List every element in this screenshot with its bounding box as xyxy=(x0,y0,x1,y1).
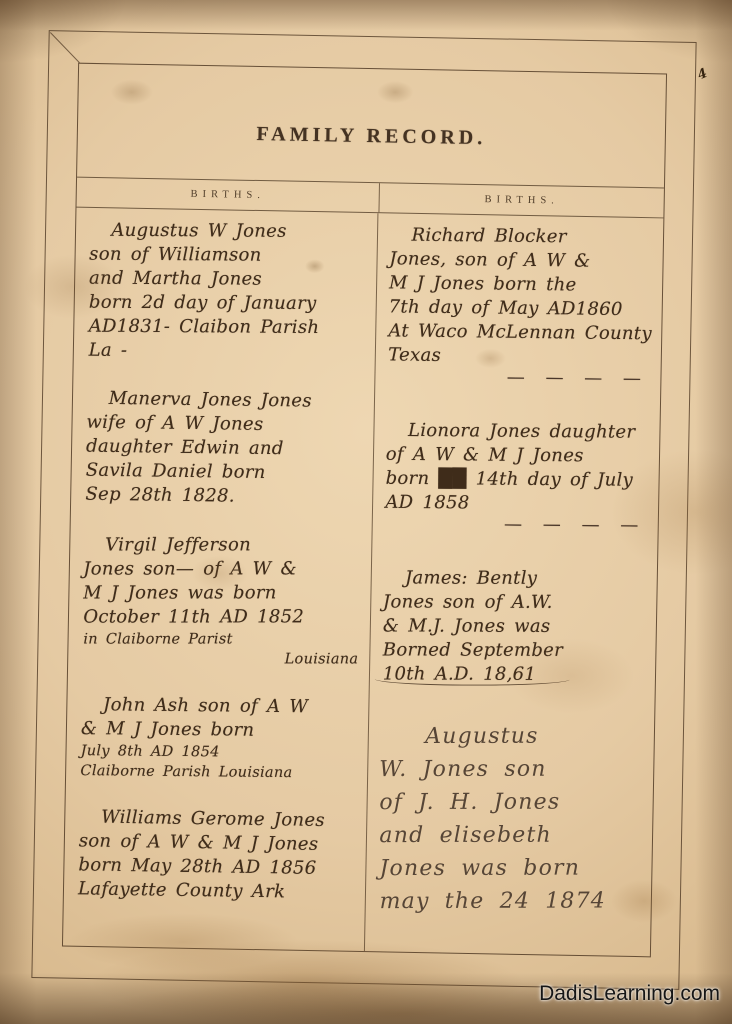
entry-line: W. Jones son xyxy=(379,752,644,786)
corner-ink-mark: 4 xyxy=(695,66,709,83)
entry-line: July 8th AD 1854 xyxy=(81,741,360,764)
entry-line: James: Bently xyxy=(383,566,648,591)
entry-line: son of Williamson xyxy=(89,243,368,269)
entry-line: of A W & M J Jones xyxy=(386,443,651,469)
birth-entry: Manerva Jones Joneswife of A W Jonesdaug… xyxy=(85,387,366,511)
entry-line: John Ash son of A W xyxy=(81,693,360,720)
birth-entry: AugustusW. Jones sonof J. H. Jonesand el… xyxy=(379,719,645,918)
entry-line: M J Jones born the xyxy=(389,271,654,298)
entry-line: Jones son— of A W & xyxy=(83,557,362,581)
entry-line: Claiborne Parish Louisiana xyxy=(80,761,359,784)
births-column-left: Augustus W Jonesson of Williamsonand Mar… xyxy=(63,208,378,951)
entry-line: — — — — xyxy=(388,367,653,388)
entry-line: 7th day of May AD1860 xyxy=(389,295,654,322)
birth-entry: Williams Gerome Jonesson of A W & M J Jo… xyxy=(78,805,358,905)
birth-entry: Richard BlockerJones, son of A W &M J Jo… xyxy=(388,223,655,388)
birth-entry: James: BentlyJones son of A.W.& M.J. Jon… xyxy=(383,566,648,687)
entry-line: M J Jones was born xyxy=(83,581,362,605)
entry-line: 10th A.D. 18,61 xyxy=(383,662,536,686)
entry-line: & M.J. Jones was xyxy=(383,614,648,639)
births-header-left: BIRTHS. xyxy=(77,178,380,213)
entry-line: & M J Jones born xyxy=(81,717,360,744)
entry-line: in Claiborne Parist xyxy=(83,629,362,649)
entry-line: Virgil Jefferson xyxy=(83,533,362,557)
entry-line: born ██ 14th day of July xyxy=(386,467,651,493)
entry-line: Savila Daniel born xyxy=(86,459,365,487)
entry-line: Augustus xyxy=(379,719,644,753)
birth-entry: John Ash son of A W& M J Jones bornJuly … xyxy=(80,693,360,784)
entry-line: and elisebeth xyxy=(379,818,644,852)
entry-line: Lafayette County Ark xyxy=(78,877,357,905)
entry-line: Lionora Jones daughter xyxy=(386,419,651,445)
page-title: FAMILY RECORD. xyxy=(78,120,665,154)
entry-line: October 11th AD 1852 xyxy=(83,605,362,629)
entry-line: — — — — xyxy=(385,515,650,535)
entry-line: of J. H. Jones xyxy=(379,785,644,819)
inner-border: FAMILY RECORD. BIRTHS. BIRTHS. Augustus … xyxy=(62,63,667,958)
entry-line: Borned September xyxy=(383,638,648,663)
entry-line: Sep 28th 1828. xyxy=(85,483,364,511)
entry-line: and Martha Jones xyxy=(89,267,368,293)
outer-border: 4 FAMILY RECORD. BIRTHS. BIRTHS. Augustu… xyxy=(31,30,696,990)
birth-entry: Lionora Jones daughterof A W & M J Jones… xyxy=(385,419,651,535)
births-column-right: Richard BlockerJones, son of A W &M J Jo… xyxy=(365,213,663,956)
entry-line: daughter Edwin and xyxy=(86,435,365,463)
births-header-right: BIRTHS. xyxy=(379,183,663,217)
entry-line: Manerva Jones Jones xyxy=(87,387,366,415)
entry-line: La - xyxy=(89,339,368,365)
entry-line: may the 24 1874 xyxy=(380,884,645,918)
corner-join-line xyxy=(50,32,80,63)
watermark: DadisLearning.com xyxy=(539,982,720,1006)
entry-line: At Waco McLennan County xyxy=(388,319,653,346)
entry-line: wife of A W Jones xyxy=(86,411,365,439)
entry-line: Richard Blocker xyxy=(389,223,654,250)
birth-entry: Augustus W Jonesson of Williamsonand Mar… xyxy=(89,219,369,365)
entry-line: Augustus W Jones xyxy=(89,219,368,245)
entry-line: born 2d day of January xyxy=(89,291,368,317)
record-columns: Augustus W Jonesson of Williamsonand Mar… xyxy=(63,208,663,957)
family-record-photo: 4 FAMILY RECORD. BIRTHS. BIRTHS. Augustu… xyxy=(0,0,732,1024)
entry-line: Jones was born xyxy=(379,851,644,885)
entry-line: Louisiana xyxy=(83,649,362,669)
entry-line: Jones, son of A W & xyxy=(389,247,654,274)
entry-line: Jones son of A.W. xyxy=(383,590,648,615)
entry-line: AD1831- Claibon Parish xyxy=(89,315,368,341)
birth-entry: Virgil JeffersonJones son— of A W &M J J… xyxy=(83,533,362,669)
